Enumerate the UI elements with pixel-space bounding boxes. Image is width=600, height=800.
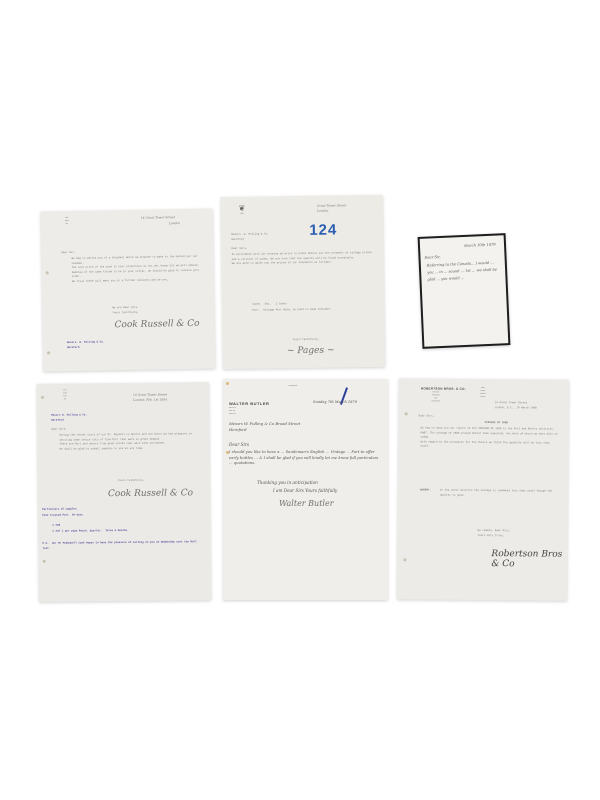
letterhead-details: ▪▪▪▪▪▪▪▪▪▪▪▪▪▪▪▪▪▪▪▪▪▪▪▪▪▪▪▪▪▪▪▪▪▪ (415, 391, 457, 403)
punch-hole (405, 412, 408, 415)
particulars-heading: Particulars of samples. (42, 507, 162, 513)
typed-letter-top-middle: ❦▪▪▪▪▪ Great Tower Street London 124 Mes… (221, 195, 385, 369)
postscript: P.S. Our Mr McDonnell Cook hopes to have… (43, 540, 203, 551)
letterhead-name: WALTER BUTLER (229, 401, 269, 406)
letterhead-details: ▪▪▪▪▪ ▪▪▪▪▪▪▪ ▪▪▪▪▪▪▪▪ ▪▪▪ (229, 407, 263, 416)
salutation: Dear Sir, (424, 254, 440, 262)
letter-body: I should you like to have a ... Sandeman… (229, 449, 379, 466)
punch-hole (41, 396, 44, 399)
punch-hole (43, 560, 46, 563)
signature: Walter Butler (279, 499, 334, 508)
punch-hole (46, 271, 49, 274)
crest-icon: ❦▪▪▪▪▪ (229, 207, 255, 216)
closing: We remain, Dear Sirs, Yours very truly, (478, 529, 548, 539)
address: 14 Great Tower Street London, E.C., 10 M… (495, 401, 565, 411)
recipient: Messrs W. Pulling & Co Broad Street Here… (229, 421, 309, 433)
closing: I am Dear Sirs Yours faithfully (273, 487, 343, 494)
signature: Cook Russell & Co (108, 488, 193, 499)
particular-value: 40 dozs. (72, 513, 84, 516)
salutation: Dear Sirs, (232, 247, 248, 252)
signature: Robertson Bros & Co (491, 549, 567, 570)
notes: Port. Vintage Port Wine, as hand to hand… (252, 307, 372, 313)
closing: Yours faithfully, (118, 478, 188, 483)
letter-body: During the recent visit of our Mr. Russe… (59, 432, 199, 452)
handwritten-mourning-letter: March 10th 1879 Dear Sir, Referring to t… (418, 233, 511, 349)
letter-body: We beg to advise you of a shipment which… (71, 255, 201, 285)
particulars-item: Fine Crusted Port 40 dozs. (42, 513, 84, 518)
salutation: Dear Sirs, (51, 428, 67, 433)
letter-body: Referring to the Canada... I would ... y… (427, 259, 502, 283)
letterhead-line: ▪▪▪▪▪▪▪▪▪▪▪ (273, 385, 313, 388)
letterhead-details: ▪▪▪▪▪▪▪▪▪▪▪▪▪▪▪▪▪▪▪▪▪▪▪▪ (467, 387, 499, 399)
address: 14 Great Tower Street (141, 215, 209, 221)
city-line: London (169, 221, 209, 226)
particular-label: Fine Crusted Port (42, 514, 68, 517)
recipient: Messrs W. Pulling & Co. Hereford (51, 413, 131, 423)
signature: ~ Pages ~ (287, 346, 335, 357)
sherry-heading: SHERRY. (420, 488, 431, 493)
salutation: Dear Sirs, (419, 414, 435, 419)
address: 14 Great Tower Street London, Feb. 1st 1… (133, 392, 203, 402)
closing: Yours faithfully, (293, 337, 363, 343)
punch-hole (47, 351, 50, 354)
letterhead: ▪▪▪▪▪▪▪▪▪▪▪▪ (55, 217, 79, 226)
salutation: Dear Sir, (61, 251, 75, 256)
sherry-body: In the Jerez district the vintage is som… (440, 489, 560, 499)
typed-letter-robertson-bros: ROBERTSON BROS. & CO. ▪▪▪▪▪▪▪▪▪▪▪▪▪▪▪▪▪▪… (397, 378, 569, 600)
address: Great Tower Street London (317, 203, 377, 213)
typed-letter-bottom-left: ▪▪▪▪▪▪▪▪▪▪▪▪▪▪▪▪ 14 Great Tower Street L… (37, 382, 211, 602)
typed-letter-top-left: ▪▪▪▪▪▪▪▪▪▪▪▪ 14 Great Tower Street Londo… (41, 209, 216, 372)
punch-hole (403, 558, 406, 561)
pin-mark (226, 382, 229, 385)
letterhead-name: ROBERTSON BROS. & CO. (421, 386, 466, 390)
closing: We are Dear Sirs, Yours faithfully, (112, 305, 192, 316)
signature: Cook Russell & Co (115, 319, 200, 330)
date: Sunday 7th March 1879 (313, 399, 383, 406)
recipient: Messrs. W. Pulling & Co. Hereford (231, 232, 301, 242)
particular-value: per pipe Potch. Quarter. Terms 6 Months. (65, 529, 129, 533)
recipient: Messrs. W. Pulling & Co. Hereford (67, 340, 147, 351)
letter-body: We beg to hand you our report of the VIN… (420, 426, 560, 450)
handwritten-letter-walter-butler: ▪▪▪▪▪▪▪▪▪▪▪ WALTER BUTLER ▪▪▪▪▪ ▪▪▪▪▪▪▪ … (223, 379, 388, 600)
date: March 10th 1879 (464, 241, 502, 250)
vintage-heading: VINTAGE OF 1888 (485, 421, 508, 426)
pin-mark (226, 451, 229, 454)
thanks: Thanking you in anticipation (257, 479, 367, 486)
particulars-item: # 237 } per pipe Potch. Quarter. Terms 6… (52, 528, 202, 534)
particulars-item: # 238 (52, 524, 60, 529)
letterhead: ▪▪▪▪▪▪▪▪▪▪▪▪▪▪▪▪ (51, 389, 79, 401)
particular-label: # 237 (52, 530, 60, 533)
annotation-number: 124 (309, 222, 337, 239)
salutation: Dear Sirs (229, 441, 249, 448)
letter-body: In accordance with our promise we write … (232, 251, 377, 267)
